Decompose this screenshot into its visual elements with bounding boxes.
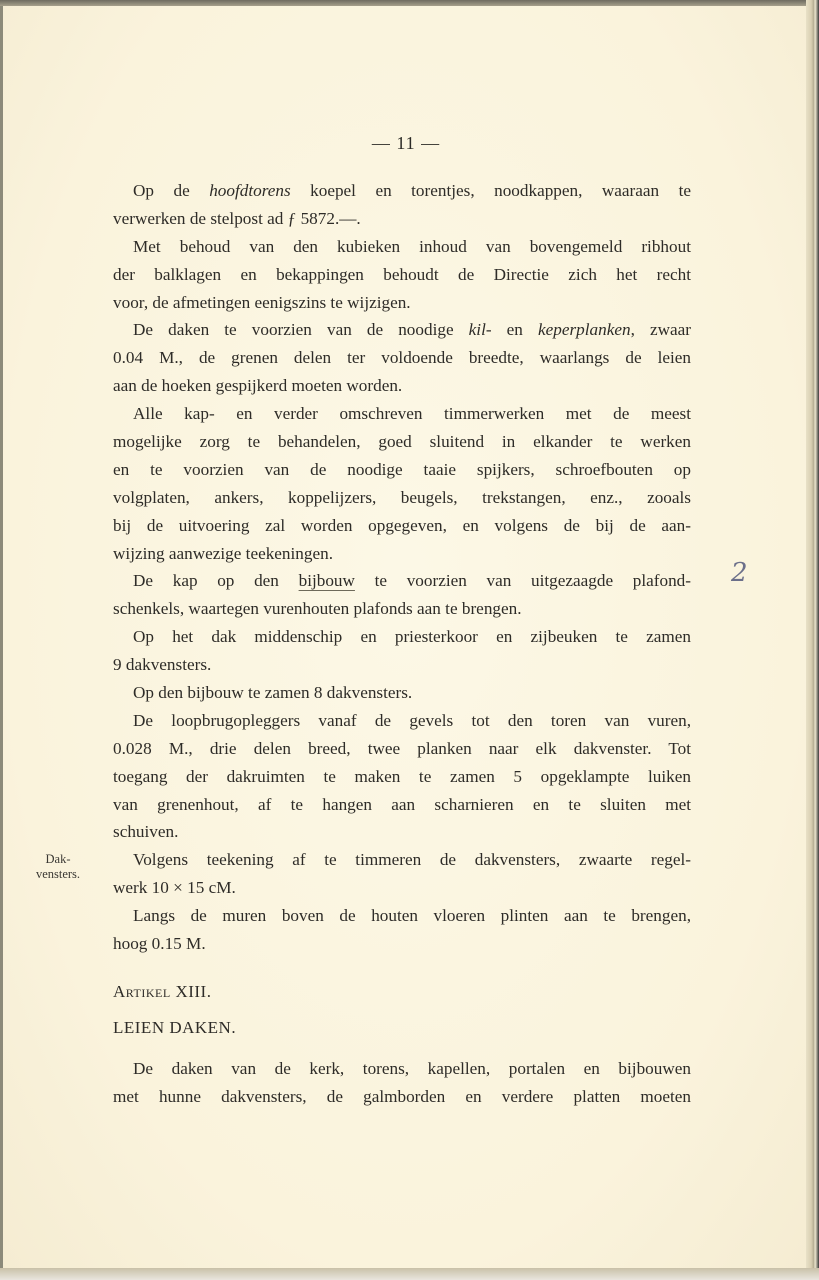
book-page: — 11 — Op de hoofdtorens koepel en toren… <box>0 6 806 1270</box>
paragraph: Op den bijbouw te zamen 8 dakvensters. <box>113 679 691 707</box>
paragraph: Met behoud van den kubieken inhoud van b… <box>113 233 691 317</box>
text-line: en te voorzien van de noodige taaie spij… <box>113 456 691 484</box>
text-line: mogelijke zorg te behandelen, goed sluit… <box>113 428 691 456</box>
paragraph: Op de hoofdtorens koepel en torentjes, n… <box>113 177 691 233</box>
text-line: Langs de muren boven de houten vloeren p… <box>113 902 691 930</box>
page-edge <box>806 0 819 1280</box>
margin-note-line: vensters. <box>23 867 93 882</box>
paragraph: Volgens teekening af te timmeren de dakv… <box>113 846 691 902</box>
text-line: De kap op den bijbouw te voorzien van ui… <box>113 567 691 595</box>
text-line: van grenenhout, af te hangen aan scharni… <box>113 791 691 819</box>
page-number: — 11 — <box>3 133 809 154</box>
text-line: Met behoud van den kubieken inhoud van b… <box>113 233 691 261</box>
text-line: voor, de afmetingen eenigszins te wijzig… <box>113 289 691 317</box>
paragraph: De loopbrugopleggers vanaf de gevels tot… <box>113 707 691 846</box>
closing-paragraph: De daken van de kerk, torens, kapellen, … <box>113 1055 691 1111</box>
text-line: schenkels, waartegen vurenhouten plafond… <box>113 595 691 623</box>
text-line: der balklagen en bekappingen behoudt de … <box>113 261 691 289</box>
text-line: De loopbrugopleggers vanaf de gevels tot… <box>113 707 691 735</box>
article-title: LEIEN DAKEN. <box>113 1018 236 1038</box>
paragraph: Langs de muren boven de houten vloeren p… <box>113 902 691 958</box>
text-line: hoog 0.15 M. <box>113 930 691 958</box>
text-line: 9 dakvensters. <box>113 651 691 679</box>
text-line: aan de hoeken gespijkerd moeten worden. <box>113 372 691 400</box>
text-line: Volgens teekening af te timmeren de dakv… <box>113 846 691 874</box>
text-line: Op de hoofdtorens koepel en torentjes, n… <box>113 177 691 205</box>
paragraph: De kap op den bijbouw te voorzien van ui… <box>113 567 691 623</box>
margin-note: Dak- vensters. <box>23 852 93 882</box>
text-line: 0.04 M., de grenen delen ter voldoende b… <box>113 344 691 372</box>
text-line: met hunne dakvensters, de galmborden en … <box>113 1083 691 1111</box>
text-line: toegang der dakruimten te maken te zamen… <box>113 763 691 791</box>
paragraph: Op het dak middenschip en priesterkoor e… <box>113 623 691 679</box>
text-line: bij de uitvoering zal worden opgegeven, … <box>113 512 691 540</box>
text-line: 0.028 M., drie delen breed, twee planken… <box>113 735 691 763</box>
text-line: De daken te voorzien van de noodige kil-… <box>113 316 691 344</box>
text-line: verwerken de stelpost ad ƒ 5872.—. <box>113 205 691 233</box>
article-label: Artikel XIII. <box>113 982 211 1002</box>
margin-note-line: Dak- <box>23 852 93 867</box>
paragraph: Alle kap- en verder omschreven timmerwer… <box>113 400 691 567</box>
text-line: Op het dak middenschip en priesterkoor e… <box>113 623 691 651</box>
text-line: schuiven. <box>113 818 691 846</box>
text-line: De daken van de kerk, torens, kapellen, … <box>113 1055 691 1083</box>
text-line: wijzing aanwezige teekeningen. <box>113 540 691 568</box>
pencil-annotation: 2 <box>731 558 748 588</box>
text-line: werk 10 × 15 cM. <box>113 874 691 902</box>
text-line: volgplaten, ankers, koppelijzers, beugel… <box>113 484 691 512</box>
body-text: Op de hoofdtorens koepel en torentjes, n… <box>113 177 691 958</box>
text-line: Op den bijbouw te zamen 8 dakvensters. <box>113 679 691 707</box>
text-line: Alle kap- en verder omschreven timmerwer… <box>113 400 691 428</box>
paragraph: De daken te voorzien van de noodige kil-… <box>113 316 691 400</box>
scan-bottom-edge <box>0 1268 819 1280</box>
